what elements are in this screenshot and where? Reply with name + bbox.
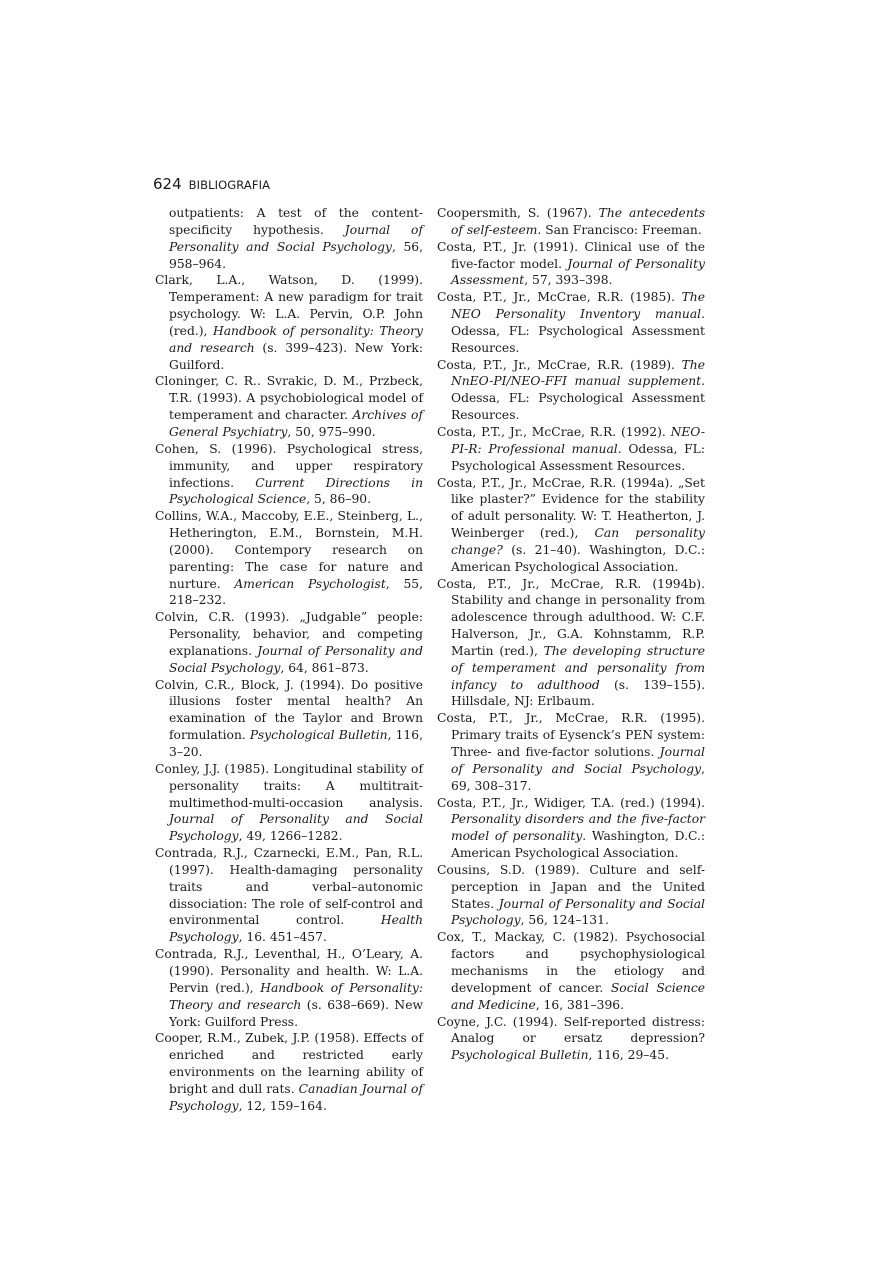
entry-text: , 57, 393–398.: [524, 273, 612, 287]
bibliography-entry: Costa, P.T., Jr., McCrae, R.R. (1994b). …: [437, 576, 705, 711]
bibliography-entry: Coyne, J.C. (1994). Self-reported distre…: [437, 1014, 705, 1065]
bibliography-entry: Contrada, R.J., Czarnecki, E.M., Pan, R.…: [155, 845, 423, 946]
bibliography-entry: Contrada, R.J., Leventhal, H., O’Leary, …: [155, 946, 423, 1030]
bibliography-entry: Cohen, S. (1996). Psychological stress, …: [155, 441, 423, 508]
bibliography-entry: outpatients: A test of the content-speci…: [155, 205, 423, 272]
page-number: 624: [153, 175, 182, 193]
entry-text: Costa, P.T., Jr., McCrae, R.R. (1989).: [437, 358, 682, 372]
bibliography-entry: Costa, P.T., Jr., McCrae, R.R. (1995). P…: [437, 710, 705, 794]
bibliography-entry: Costa, P.T., Jr., McCrae, R.R. (1989). T…: [437, 357, 705, 424]
entry-text: , 16. 451–457.: [239, 930, 327, 944]
entry-text: Costa, P.T., Jr., McCrae, R.R. (1985).: [437, 290, 682, 304]
entry-text: , 50, 975–990.: [287, 425, 375, 439]
entry-text: , 56, 124–131.: [521, 913, 609, 927]
entry-text: Costa, P.T., Jr., Widiger, T.A. (red.) (…: [437, 796, 705, 810]
entry-text: , 5, 86–90.: [306, 492, 371, 506]
entry-text: , 116, 29–45.: [589, 1048, 669, 1062]
bibliography-entry: Cooper, R.M., Zubek, J.P. (1958). Effect…: [155, 1030, 423, 1114]
bibliography-entry: Collins, W.A., Maccoby, E.E., Steinberg,…: [155, 508, 423, 609]
bibliography-entry: Conley, J.J. (1985). Longitudinal stabil…: [155, 761, 423, 845]
bibliography-entry: Clark, L.A., Watson, D. (1999). Temperam…: [155, 272, 423, 373]
entry-text: Coopersmith, S. (1967).: [437, 206, 599, 220]
bibliography-entry: Colvin, C.R. (1993). „Judgable” people: …: [155, 609, 423, 676]
bibliography-entry: Costa, P.T., Jr., Widiger, T.A. (red.) (…: [437, 795, 705, 862]
running-head: BIBLIOGRAFIA: [189, 178, 270, 192]
bibliography-entry: Costa, P.T., Jr., McCrae, R.R. (1992). N…: [437, 424, 705, 475]
entry-title-italic: Psychological Bulletin: [451, 1048, 589, 1062]
bibliography-entry: Cloninger, C. R.. Svrakic, D. M., Przbec…: [155, 373, 423, 440]
entry-text: , 16, 381–396.: [536, 998, 624, 1012]
bibliography-entry: Costa, P.T., Jr. (1991). Clinical use of…: [437, 239, 705, 290]
entry-text: Conley, J.J. (1985). Longitudinal stabil…: [155, 762, 423, 810]
bibliography-entry: Cox, T., Mackay, C. (1982). Psychosocial…: [437, 929, 705, 1013]
entry-text: , 49, 1266–1282.: [239, 829, 343, 843]
entry-text: , 64, 861–873.: [280, 661, 368, 675]
bibliography-column-left: outpatients: A test of the content-speci…: [155, 205, 423, 1115]
entry-title-italic: American Psychologist: [234, 577, 385, 591]
bibliography-entry: Coopersmith, S. (1967). The antecedents …: [437, 205, 705, 239]
entry-title-italic: Psychological Bulletin: [250, 728, 388, 742]
entry-text: , 12, 159–164.: [239, 1099, 327, 1113]
bibliography-entry: Costa, P.T., Jr., McCrae, R.R. (1985). T…: [437, 289, 705, 356]
entry-text: Costa, P.T., Jr., McCrae, R.R. (1992).: [437, 425, 671, 439]
entry-text: Coyne, J.C. (1994). Self-reported distre…: [437, 1015, 705, 1046]
bibliography-entry: Costa, P.T., Jr., McCrae, R.R. (1994a). …: [437, 475, 705, 576]
page-header: 624 BIBLIOGRAFIA: [153, 175, 270, 193]
entry-text: . San Francisco: Freeman.: [537, 223, 701, 237]
bibliography-entry: Colvin, C.R., Block, J. (1994). Do posit…: [155, 677, 423, 761]
bibliography-column-right: Coopersmith, S. (1967). The antecedents …: [437, 205, 705, 1064]
bibliography-entry: Cousins, S.D. (1989). Culture and self-p…: [437, 862, 705, 929]
